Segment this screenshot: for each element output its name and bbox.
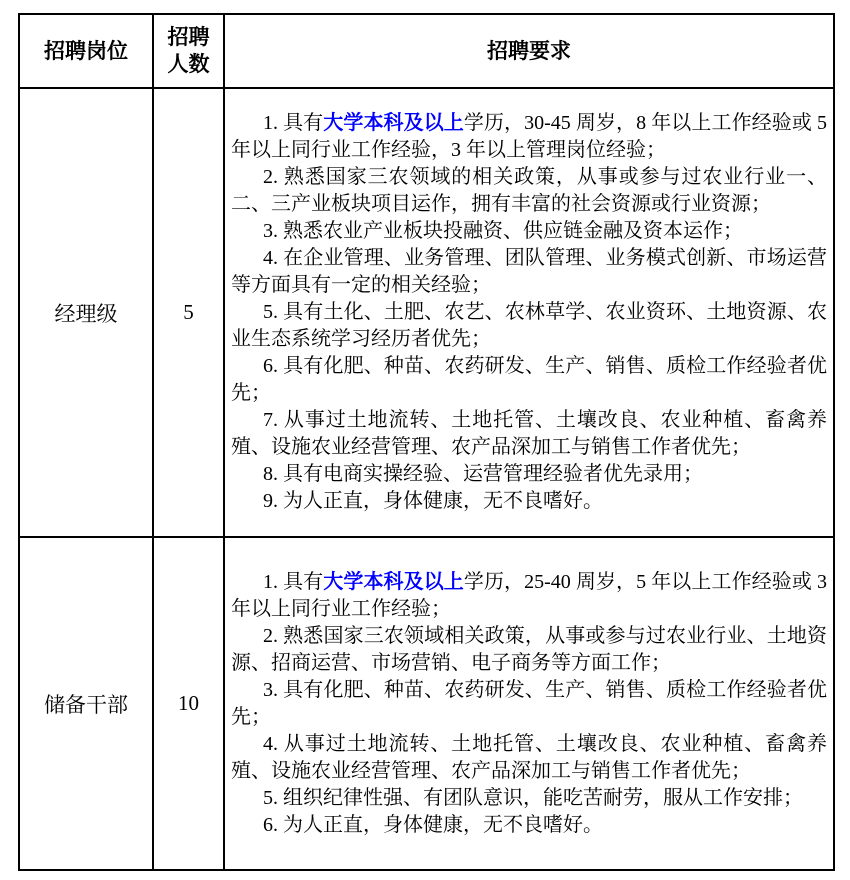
requirement-text: 2. 熟悉国家三农领域相关政策，从事或参与过农业行业、土地资源、招商运营、市场营…	[231, 625, 827, 674]
position-cell: 经理级	[19, 88, 153, 537]
requirements-cell: 1. 具有大学本科及以上学历，30-45 周岁，8 年以上工作经验或 5 年以上…	[224, 88, 834, 537]
count-cell: 5	[153, 88, 224, 537]
requirement-item: 1. 具有大学本科及以上学历，30-45 周岁，8 年以上工作经验或 5 年以上…	[231, 110, 827, 164]
requirement-item: 6. 具有化肥、种苗、农药研发、生产、销售、质检工作经验者优先；	[231, 353, 827, 407]
requirement-item: 4. 从事过土地流转、土地托管、土壤改良、农业种植、畜禽养殖、设施农业经营管理、…	[231, 731, 827, 785]
requirement-item: 8. 具有电商实操经验、运营管理经验者优先录用；	[231, 461, 827, 488]
requirement-text: 6. 具有化肥、种苗、农药研发、生产、销售、质检工作经验者优先；	[231, 355, 827, 404]
requirement-item: 2. 熟悉国家三农领域的相关政策，从事或参与过农业行业一、二、三产业板块项目运作…	[231, 164, 827, 218]
count-cell: 10	[153, 537, 224, 870]
requirement-text: 4. 在企业管理、业务管理、团队管理、业务模式创新、市场运营等方面具有一定的相关…	[231, 247, 827, 296]
requirement-item: 5. 组织纪律性强、有团队意识，能吃苦耐劳，服从工作安排；	[231, 785, 827, 812]
requirement-text: 7. 从事过土地流转、土地托管、土壤改良、农业种植、畜禽养殖、设施农业经营管理、…	[231, 409, 827, 458]
table-row: 经理级51. 具有大学本科及以上学历，30-45 周岁，8 年以上工作经验或 5…	[19, 88, 834, 537]
highlight-text: 大学本科及以上	[323, 571, 464, 593]
requirement-item: 1. 具有大学本科及以上学历，25-40 周岁，5 年以上工作经验或 3 年以上…	[231, 569, 827, 623]
requirement-item: 2. 熟悉国家三农领域相关政策，从事或参与过农业行业、土地资源、招商运营、市场营…	[231, 623, 827, 677]
requirement-item: 7. 从事过土地流转、土地托管、土壤改良、农业种植、畜禽养殖、设施农业经营管理、…	[231, 407, 827, 461]
position-cell: 储备干部	[19, 537, 153, 870]
requirement-text: 1. 具有	[263, 112, 323, 134]
requirement-item: 9. 为人正直，身体健康，无不良嗜好。	[231, 488, 827, 515]
requirement-item: 5. 具有土化、土肥、农艺、农林草学、农业资环、土地资源、农业生态系统学习经历者…	[231, 299, 827, 353]
requirement-item: 3. 具有化肥、种苗、农药研发、生产、销售、质检工作经验者优先；	[231, 677, 827, 731]
requirement-text: 6. 为人正直，身体健康，无不良嗜好。	[263, 814, 603, 836]
requirement-text: 3. 具有化肥、种苗、农药研发、生产、销售、质检工作经验者优先；	[231, 679, 827, 728]
requirement-text: 2. 熟悉国家三农领域的相关政策，从事或参与过农业行业一、二、三产业板块项目运作…	[231, 166, 827, 215]
requirement-item: 4. 在企业管理、业务管理、团队管理、业务模式创新、市场运营等方面具有一定的相关…	[231, 245, 827, 299]
table-header-row: 招聘岗位 招聘人数 招聘要求	[19, 14, 834, 88]
requirement-text: 4. 从事过土地流转、土地托管、土壤改良、农业种植、畜禽养殖、设施农业经营管理、…	[231, 733, 827, 782]
page: 招聘岗位 招聘人数 招聘要求 经理级51. 具有大学本科及以上学历，30-45 …	[0, 0, 850, 880]
requirement-text: 5. 具有土化、土肥、农艺、农林草学、农业资环、土地资源、农业生态系统学习经历者…	[231, 301, 827, 350]
requirement-text: 3. 熟悉农业产业板块投融资、供应链金融及资本运作；	[263, 220, 743, 242]
requirement-item: 6. 为人正直，身体健康，无不良嗜好。	[231, 812, 827, 839]
requirement-item: 3. 熟悉农业产业板块投融资、供应链金融及资本运作；	[231, 218, 827, 245]
header-requirements: 招聘要求	[224, 14, 834, 88]
requirements-cell: 1. 具有大学本科及以上学历，25-40 周岁，5 年以上工作经验或 3 年以上…	[224, 537, 834, 870]
table-body: 经理级51. 具有大学本科及以上学历，30-45 周岁，8 年以上工作经验或 5…	[19, 88, 834, 870]
recruitment-table: 招聘岗位 招聘人数 招聘要求 经理级51. 具有大学本科及以上学历，30-45 …	[18, 13, 835, 871]
requirement-text: 8. 具有电商实操经验、运营管理经验者优先录用；	[263, 463, 703, 485]
highlight-text: 大学本科及以上	[323, 112, 464, 134]
requirement-text: 5. 组织纪律性强、有团队意识，能吃苦耐劳，服从工作安排；	[263, 787, 803, 809]
header-count: 招聘人数	[153, 14, 224, 88]
requirement-text: 1. 具有	[263, 571, 323, 593]
header-position: 招聘岗位	[19, 14, 153, 88]
table-row: 储备干部101. 具有大学本科及以上学历，25-40 周岁，5 年以上工作经验或…	[19, 537, 834, 870]
requirement-text: 9. 为人正直，身体健康，无不良嗜好。	[263, 490, 603, 512]
